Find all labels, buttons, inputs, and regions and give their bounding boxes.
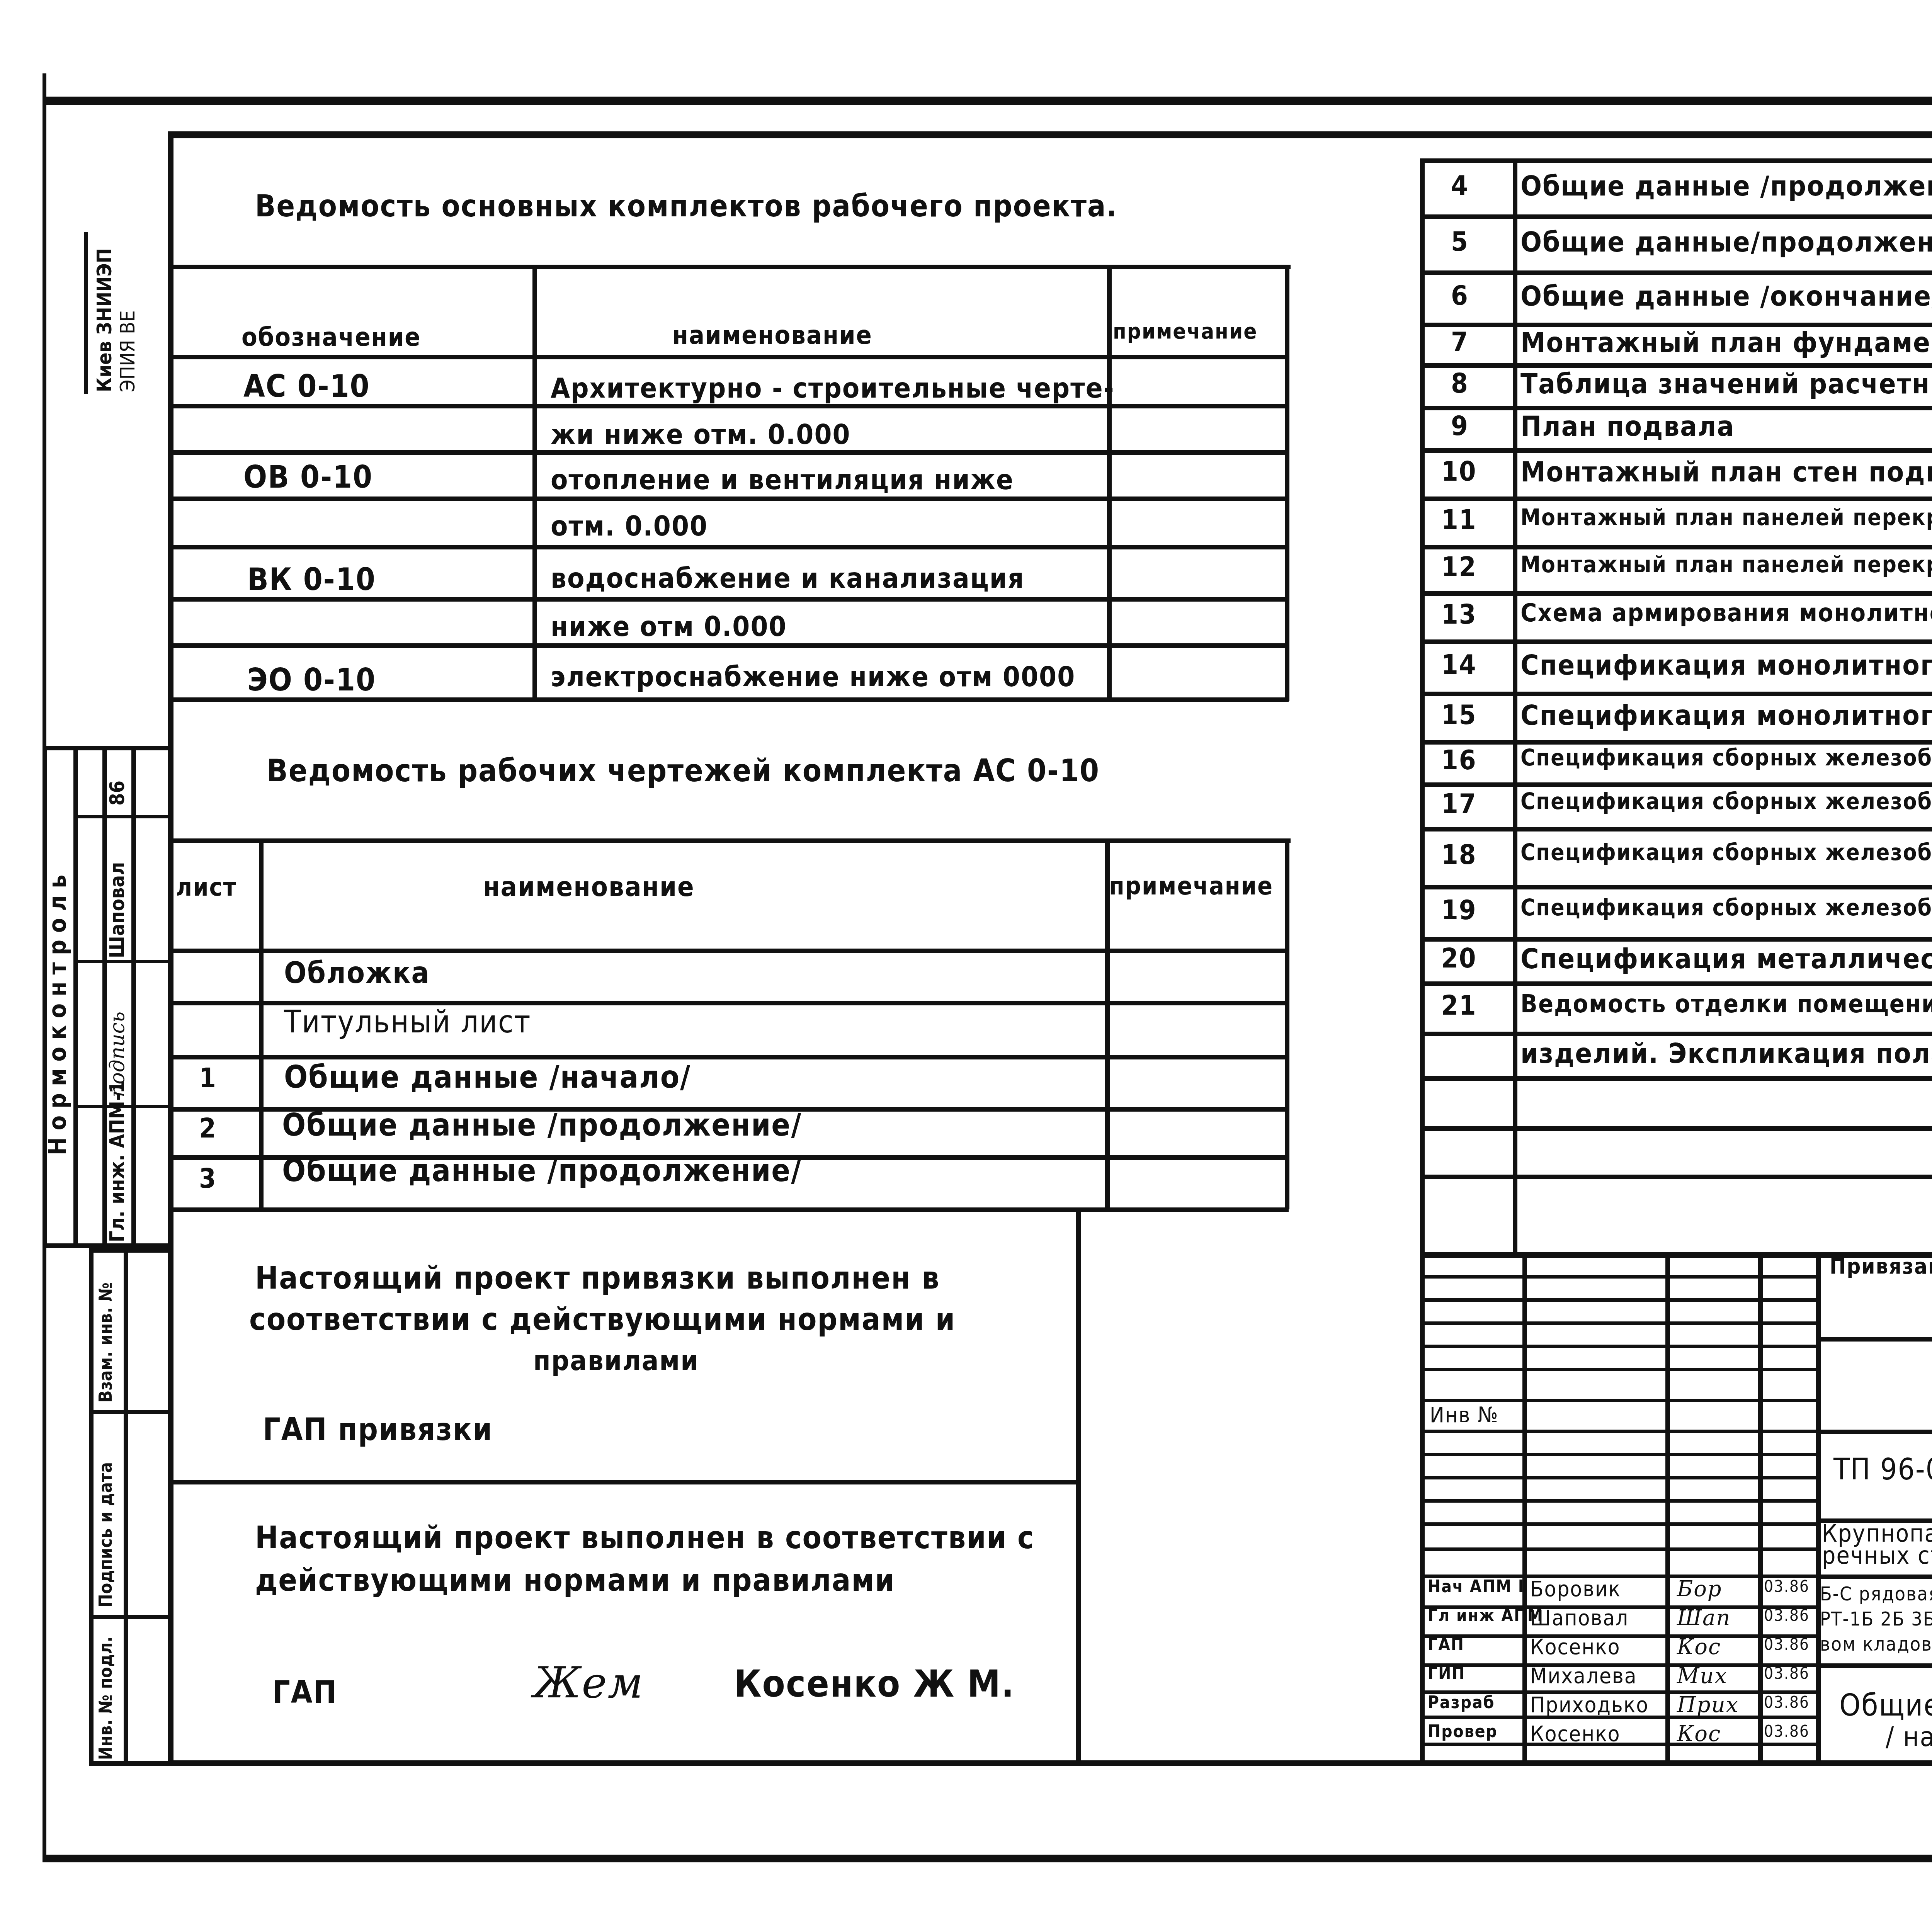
table1-col-divider-1 [532, 265, 537, 701]
table2-bottom-border [170, 1207, 1289, 1212]
right-table-row-line [1422, 782, 1932, 787]
signature-name: Косенко [1530, 1636, 1621, 1658]
table2-row-3-sheet: 2 [199, 1115, 217, 1142]
signature-date: 03.86 [1764, 1665, 1810, 1682]
right-table-row-line [1422, 270, 1932, 275]
code-top [1816, 1430, 1932, 1434]
normcontrol-row-line [75, 815, 168, 818]
table2-header-name: наименование [483, 873, 695, 900]
signature-mark: Прих [1677, 1694, 1739, 1716]
signature-name: Михалева [1530, 1665, 1637, 1687]
title-block-grid-line [1422, 1476, 1818, 1479]
title-block-grid-line [1422, 1499, 1818, 1503]
bound-bottom [1816, 1337, 1932, 1342]
right-table-row-0-name: Общие данные /продолжение/ [1520, 172, 1932, 200]
section-line2: РТ-1Б 2Б 3Б 4Б. Вариант с устройст- [1820, 1609, 1932, 1629]
right-table-row-6-sheet: 10 [1441, 458, 1477, 485]
right-table-row-5-sheet: 9 [1451, 412, 1469, 439]
binding-text-line3: правилами [533, 1347, 699, 1374]
signature-name: Шаповал [1530, 1607, 1629, 1629]
signature-mark: Кос [1677, 1636, 1721, 1658]
signature-date: 03.86 [1764, 1607, 1810, 1624]
right-table-row-10-name: Спецификация монолитного фундаментного п… [1520, 651, 1932, 679]
table2-header-sheet: лист [176, 875, 237, 900]
signature-name: Приходько [1530, 1694, 1649, 1716]
normcontrol-row-line [75, 960, 168, 963]
archive-stamp-line2: ЭПИЯ ВЕ [118, 310, 138, 392]
right-table-row-9-name: Схема армирования монолитного фундаментн… [1520, 601, 1932, 626]
signature-role: Нач АПМ I [1428, 1578, 1524, 1595]
archive-stamp-line1: Киев ЗНИИЭП [95, 248, 115, 392]
normcontrol-label: Нормоконтроль [46, 868, 70, 1155]
table1-title: Ведомость основных комплектов рабочего п… [255, 191, 1117, 221]
title-block-grid-line [1422, 1399, 1818, 1402]
section-line1: Б-С рядовая-торцевая 9-9т 36 кв [1820, 1584, 1932, 1603]
right-table-row-7-name: Монтажный план панелей перекрытия над по… [1520, 506, 1932, 529]
right-table-row-8-name: Монтажный план панелей перекрытия над по… [1520, 553, 1932, 576]
outer-frame-top [46, 97, 1932, 105]
table2-row-1-name: Титульный лист [284, 1007, 531, 1037]
inv-number-label: Инв № [1430, 1404, 1499, 1426]
table1-bottom-border [170, 697, 1289, 702]
right-table-row-16-name: Спецификация металлических монтажных изд… [1520, 945, 1932, 973]
section-line3: вом кладовых-боксов в подвале [1820, 1634, 1932, 1654]
table2-right-border [1285, 838, 1289, 1209]
archive-stamp-line [84, 232, 88, 394]
right-table-row-13-sheet: 17 [1441, 790, 1477, 817]
table1-row-0-designation: АС 0-10 [243, 371, 370, 402]
table2-row-2-sheet: 1 [199, 1064, 217, 1092]
project-gap-signature: Жем [533, 1661, 644, 1704]
binding-text-line1: Настоящий проект привязки выполнен в [255, 1263, 940, 1294]
table1-header-note: примечание [1113, 321, 1257, 342]
right-table-row-9-sheet: 13 [1441, 601, 1477, 628]
notes-divider [170, 1480, 1078, 1484]
right-table-row-11-sheet: 15 [1441, 701, 1477, 728]
right-table-row-line [1422, 827, 1932, 831]
project-title-line2: речных стен для сложных условий строител… [1822, 1544, 1932, 1568]
table1-top-border [170, 265, 1291, 269]
binding-text-line2: соответствии с действующими нормами и [249, 1304, 956, 1335]
right-table-row-line [1422, 1126, 1932, 1131]
table1-row-2-designation: ОВ 0-10 [243, 462, 373, 493]
table2-header-bottom [170, 949, 1289, 953]
right-table-row-line [1422, 885, 1932, 889]
right-table-row-line [1422, 692, 1932, 696]
project-gap-name: Косенко Ж М. [734, 1665, 1015, 1702]
stage-bottom [1816, 1663, 1932, 1668]
bound-label: Привязан [1830, 1256, 1932, 1277]
signature-mark: Шап [1677, 1607, 1731, 1629]
stamp-label-sign-date: Подпись и дата [97, 1462, 114, 1607]
table1-right-border [1285, 265, 1289, 701]
right-table-row-8-sheet: 12 [1441, 553, 1477, 580]
table2-row-4-name: Общие данные /продолжение/ [282, 1155, 802, 1186]
table2-row-4-sheet: 3 [199, 1165, 217, 1192]
right-table-row-11-name: Спецификация монолитного фундаментного п… [1520, 701, 1932, 729]
right-table-row-17-name: Ведомость отделки помещений Спецификация… [1520, 992, 1932, 1017]
right-table-row-4-name: Таблица значений расчетных нагрузок [1520, 370, 1932, 398]
table1-row-6-designation: ЭО 0-10 [247, 665, 376, 695]
tb-left-col [1758, 1252, 1763, 1766]
table1-row-line [170, 643, 1289, 648]
right-table-row-line [1422, 214, 1932, 219]
binding-gap-label: ГАП привязки [263, 1414, 493, 1445]
right-table-row-2-sheet: 6 [1451, 282, 1469, 309]
tb-left-col [1665, 1252, 1670, 1766]
right-table-row-line [1422, 448, 1932, 453]
right-table-row-line [1422, 740, 1932, 745]
right-table-row-line [1422, 937, 1932, 942]
right-table-row-1-sheet: 5 [1451, 228, 1469, 255]
right-table-row-line [1422, 1032, 1932, 1036]
title-block-grid-line [1422, 1275, 1818, 1279]
normcontrol-signature: подпись [107, 1012, 128, 1097]
signature-role: Разраб [1428, 1694, 1495, 1711]
right-table-row-5-name: План подвала [1520, 412, 1735, 440]
table1-row-6-name: электроснабжение ниже отм 0000 [551, 663, 1075, 690]
table1-row-1-name: жи ниже отм. 0.000 [551, 420, 851, 448]
inventory-stamp-row-line [89, 1410, 168, 1414]
stamp-label-inv-original: Инв. № подл. [97, 1636, 114, 1760]
table1-row-4-designation: ВК 0-10 [247, 564, 376, 595]
right-table-row-1-name: Общие данные/продолжение/ [1520, 228, 1932, 256]
table1-row-line [170, 404, 1289, 408]
right-table-row-line [1422, 545, 1932, 549]
signature-mark: Кос [1677, 1723, 1721, 1745]
signature-role: ГАП [1428, 1636, 1464, 1653]
signature-role: ГИП [1428, 1665, 1465, 1682]
signature-name: Боровик [1530, 1578, 1621, 1600]
stamp-label-replaced-inv: Взам. инв. № [97, 1282, 114, 1403]
table1-header-name: наименование [672, 323, 872, 348]
right-table-row-line [1422, 1175, 1932, 1179]
table1-header-bottom [170, 355, 1289, 359]
right-table-row-16-sheet: 20 [1441, 945, 1477, 972]
right-table-row-6-name: Монтажный план стен подвала [1520, 458, 1932, 486]
table1-col-divider-2 [1107, 265, 1112, 701]
project-gap-label: ГАП [272, 1677, 337, 1708]
table1-row-line [170, 497, 1289, 501]
right-table-row-line [1422, 1076, 1932, 1081]
right-table-row-10-sheet: 14 [1441, 651, 1477, 678]
title-block-grid-line [1422, 1345, 1818, 1348]
normcontrol-col-line [73, 746, 78, 1248]
right-table-row-2-name: Общие данные /окончание/ [1520, 282, 1932, 310]
title-block-grid-line [1422, 1321, 1818, 1325]
right-table-row-12-sheet: 16 [1441, 746, 1477, 774]
normcontrol-col-line [131, 746, 136, 1248]
right-table-row-13-name: Спецификация сборных железобетонных изде… [1520, 790, 1932, 813]
right-table-row-14-sheet: 18 [1441, 841, 1477, 868]
right-table-row-7-sheet: 11 [1441, 506, 1477, 533]
right-table-row-4-sheet: 8 [1451, 370, 1469, 397]
table2-header-note: примечание [1109, 874, 1273, 899]
table2-top-border [170, 838, 1291, 843]
table2-col-divider-1 [259, 838, 264, 1209]
table2-row-2-name: Общие данные /начало/ [284, 1062, 691, 1093]
table1-row-4-name: водоснабжение и канализация [551, 564, 1025, 592]
right-table-row-3-name: Монтажный план фундаментов [1520, 328, 1932, 356]
table1-row-line [170, 545, 1289, 549]
right-table-row-line [1422, 639, 1932, 644]
table1-row-3-name: отм. 0.000 [551, 512, 708, 540]
right-table-row-0-sheet: 4 [1451, 172, 1469, 199]
tb-left-col [1816, 1252, 1821, 1766]
table2-row-0-name: Обложка [284, 958, 430, 988]
normcontrol-role: Гл. инж. АПМ-1 [107, 1081, 128, 1242]
table1-row-2-name: отопление и вентиляция ниже [551, 466, 1014, 493]
project-code: ТП 96-030/12 [1833, 1455, 1932, 1484]
signature-name: Косенко [1530, 1723, 1621, 1745]
section-top [1816, 1575, 1932, 1579]
title-block-grid-line [1422, 1368, 1818, 1371]
signature-role: Провер [1428, 1723, 1498, 1740]
tb-left-col [1522, 1252, 1527, 1766]
title-block-grid-line [1422, 1430, 1818, 1433]
title-block-grid-line [1422, 1453, 1818, 1456]
right-table-top-border [1422, 158, 1932, 163]
project-text-line2: действующими нормами и правилами [255, 1565, 895, 1596]
right-table-row-15-sheet: 19 [1441, 896, 1477, 923]
right-table-row-18-name: изделий. Экспликация пола [1520, 1039, 1932, 1067]
table1-row-0-name: Архитектурно - строительные черте- [551, 374, 1115, 402]
title-block-grid-line [1422, 1298, 1818, 1302]
table1-header-designation: обозначение [241, 325, 421, 350]
right-table-row-line [1422, 497, 1932, 501]
signature-date: 03.86 [1764, 1578, 1810, 1595]
project-text-line1: Настоящий проект выполнен в соответствии… [255, 1522, 1035, 1553]
title-block-grid-line [1422, 1522, 1818, 1526]
title-block-grid-line [1422, 1547, 1818, 1551]
right-table-row-12-name: Спецификация сборных железобетонных изде… [1520, 746, 1932, 769]
notes-right-border [1076, 1207, 1081, 1766]
table1-row-line [170, 597, 1289, 602]
table2-title: Ведомость рабочих чертежей комплекта АС … [267, 755, 1100, 786]
right-table-row-14-name: Спецификация сборных железобетонных изде… [1520, 841, 1932, 864]
right-table-row-3-sheet: 7 [1451, 328, 1469, 355]
right-table-row-line [1422, 591, 1932, 596]
right-table-row-17-sheet: 21 [1441, 992, 1477, 1019]
table2-row-3-name: Общие данные /продолжение/ [282, 1110, 802, 1141]
signature-date: 03.86 [1764, 1723, 1810, 1739]
normcontrol-name: Шаповал [107, 862, 128, 958]
signature-mark: Мих [1677, 1665, 1728, 1687]
table1-row-line [170, 450, 1289, 455]
signature-mark: Бор [1677, 1578, 1722, 1600]
drawing-title-line1: Общие данные [1839, 1690, 1932, 1721]
right-table-row-line [1422, 981, 1932, 986]
signature-date: 03.86 [1764, 1636, 1810, 1653]
drawing-title-line2: / начало / [1886, 1723, 1932, 1750]
bottom-frame-edge [46, 1855, 1932, 1862]
normcontrol-year: 86 [107, 780, 128, 806]
right-table-row-15-name: Спецификация сборных железобетонных изде… [1520, 896, 1932, 919]
table1-row-5-name: ниже отм 0.000 [551, 612, 787, 640]
signature-role: Гл инж АПМ [1428, 1607, 1543, 1624]
inventory-stamp-col-line [124, 1248, 128, 1766]
inventory-stamp-row-line [89, 1615, 168, 1619]
signature-date: 03.86 [1764, 1694, 1810, 1711]
